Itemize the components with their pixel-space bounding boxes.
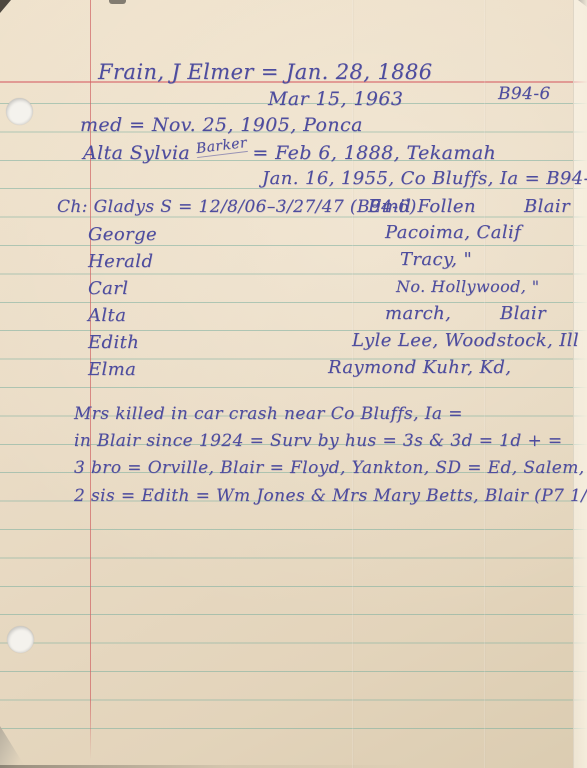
hole-punch-bottom xyxy=(7,626,34,653)
scan-smudge-top xyxy=(109,0,126,4)
scan-corner-top-left xyxy=(0,0,11,13)
marriage-line: med = Nov. 25, 1905, Ponca xyxy=(80,114,363,136)
child-place: Blair xyxy=(500,303,546,324)
notebook-paper: Frain, J Elmer = Jan. 28, 1886 Mar 15, 1… xyxy=(0,0,587,768)
ref-code: B94-6 xyxy=(498,84,551,104)
child-name: George xyxy=(88,224,157,245)
child-name: Ch: Gladys S = 12/8/06–3/27/47 (B94-6) xyxy=(57,197,417,217)
child-right: Tracy, " xyxy=(400,249,472,270)
child-name: Alta xyxy=(88,305,126,326)
child-right: Pacoima, Calif xyxy=(385,222,521,243)
child-name: Carl xyxy=(88,278,128,299)
child-name: Herald xyxy=(88,251,153,272)
note-line: 3 bro = Orville, Blair = Floyd, Yankton,… xyxy=(74,458,587,478)
child-name: Edith xyxy=(88,332,139,353)
spouse-line: Alta SylviaBarker= Feb 6, 1888, Tekamah xyxy=(83,142,496,164)
head-name-line: Frain, J Elmer = Jan. 28, 1886 xyxy=(98,60,433,84)
child-right: Lyle Lee, Woodstock, Ill xyxy=(352,330,579,351)
hole-punch-top xyxy=(6,98,33,125)
child-right: No. Hollywood, " xyxy=(396,277,540,296)
child-name: Elma xyxy=(88,359,136,380)
note-line: 2 sis = Edith = Wm Jones & Mrs Mary Bett… xyxy=(74,486,587,506)
child-right: Raymond Kuhr, Kd, xyxy=(328,357,511,378)
note-line: in Blair since 1924 = Surv by hus = 3s &… xyxy=(74,431,563,451)
note-line: Mrs killed in car crash near Co Bluffs, … xyxy=(74,404,463,424)
spouse-name: Alta Sylvia xyxy=(83,142,190,164)
spouse-death-line: Jan. 16, 1955, Co Bluffs, Ia = B94-6 xyxy=(262,168,587,189)
child-right: Emil Follen xyxy=(368,196,476,217)
child-place: Blair xyxy=(524,196,570,217)
death-date-line: Mar 15, 1963 xyxy=(268,88,403,110)
paper-crease xyxy=(484,0,486,768)
spouse-birth: = Feb 6, 1888, Tekamah xyxy=(252,142,496,164)
page-edge-right xyxy=(573,0,587,768)
child-right: march, xyxy=(385,303,451,324)
